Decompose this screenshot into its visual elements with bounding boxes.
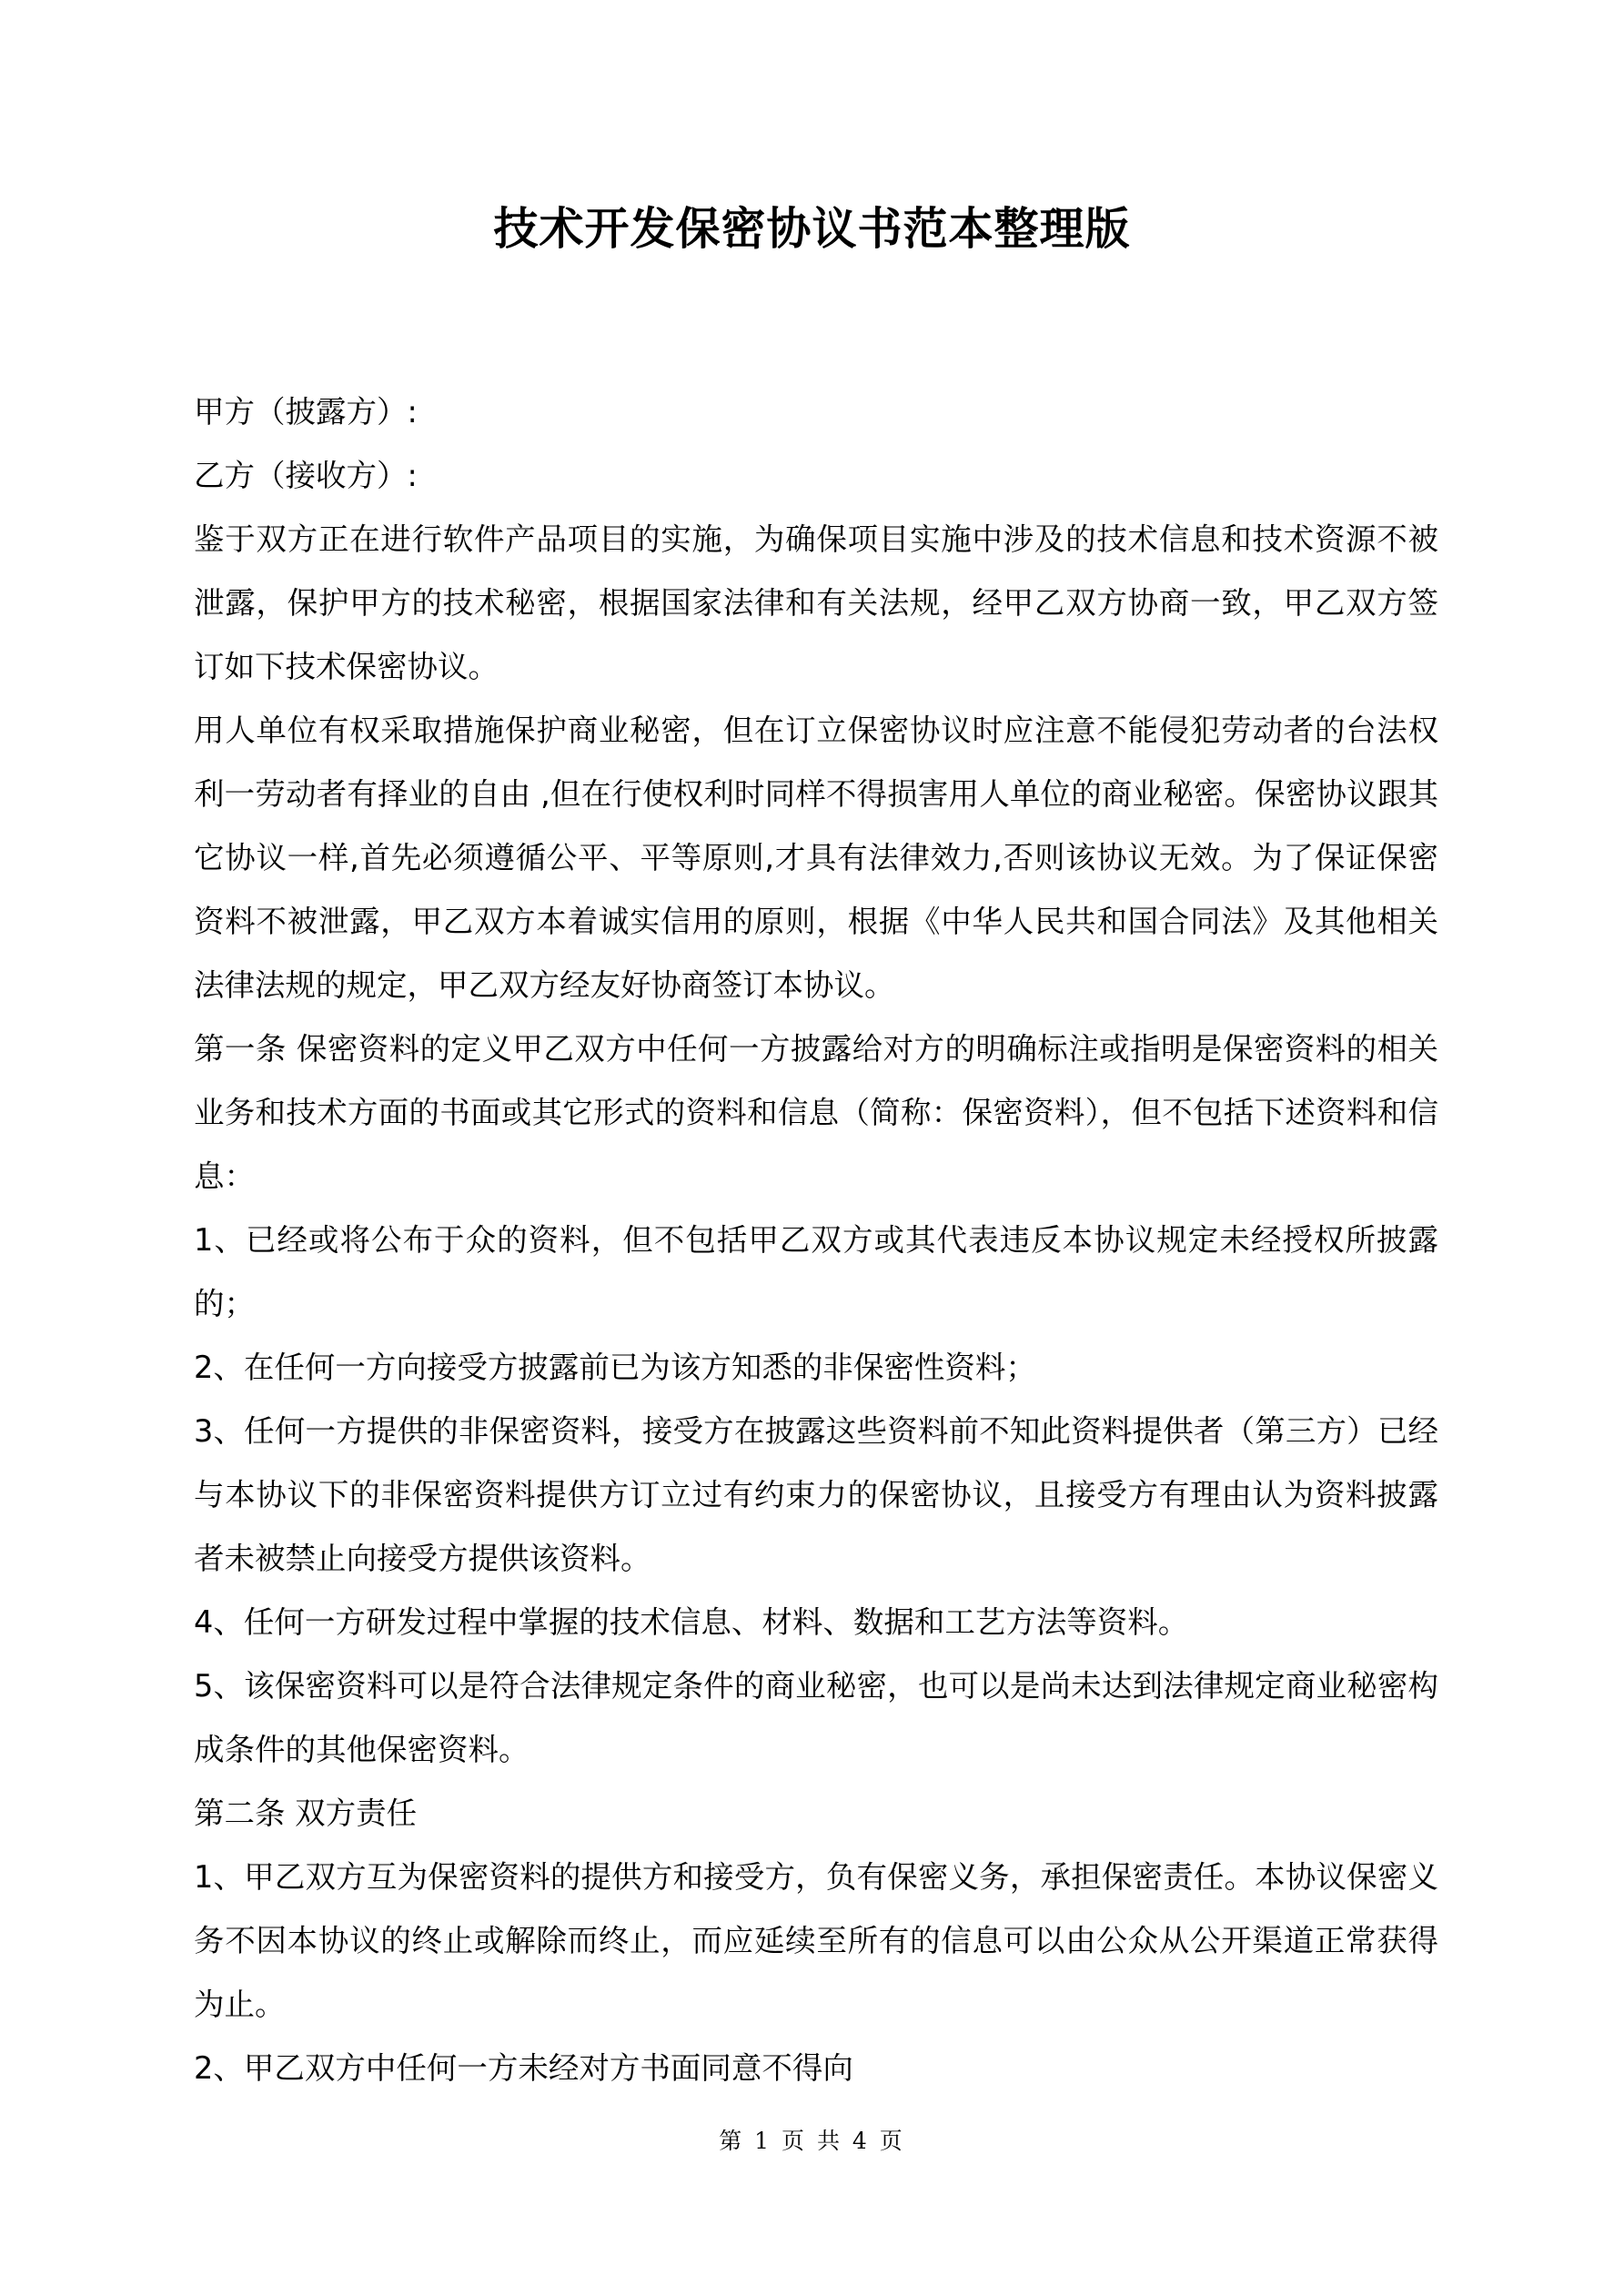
article-2-item-2: 2、甲乙双方中任何一方未经对方书面同意不得向: [194, 2037, 1438, 2100]
article-1-item-4: 4、任何一方研发过程中掌握的技术信息、材料、数据和工艺方法等资料。: [194, 1591, 1438, 1654]
page-number-footer: 第 1 页 共 4 页: [0, 2128, 1624, 2155]
party-b-line: 乙方（接收方）:: [194, 444, 1438, 508]
article-1-item-1: 1、已经或将公布于众的资料，但不包括甲乙双方或其代表违反本协议规定未经授权所披露…: [194, 1209, 1438, 1336]
article-1-heading-paragraph: 第一条 保密资料的定义甲乙双方中任何一方披露给对方的明确标注或指明是保密资料的相…: [194, 1017, 1438, 1209]
article-2-heading: 第二条 双方责任: [194, 1782, 1438, 1846]
document-body: 甲方（披露方）: 乙方（接收方）: 鉴于双方正在进行软件产品项目的实施，为确保项…: [194, 380, 1438, 2100]
article-1-item-2: 2、在任何一方向接受方披露前已为该方知悉的非保密性资料；: [194, 1336, 1438, 1400]
party-a-line: 甲方（披露方）:: [194, 380, 1438, 444]
article-1-item-5: 5、该保密资料可以是符合法律规定条件的商业秘密，也可以是尚未达到法律规定商业秘密…: [194, 1654, 1438, 1782]
background-paragraph: 用人单位有权采取措施保护商业秘密，但在订立保密协议时应注意不能侵犯劳动者的台法权…: [194, 699, 1438, 1017]
article-2-item-1: 1、甲乙双方互为保密资料的提供方和接受方，负有保密义务，承担保密责任。本协议保密…: [194, 1846, 1438, 2037]
document-page: 技术开发保密协议书范本整理版 甲方（披露方）: 乙方（接收方）: 鉴于双方正在进…: [0, 0, 1624, 2296]
article-1-item-3: 3、任何一方提供的非保密资料，接受方在披露这些资料前不知此资料提供者（第三方）已…: [194, 1400, 1438, 1591]
document-title: 技术开发保密协议书范本整理版: [0, 202, 1624, 257]
preamble-paragraph: 鉴于双方正在进行软件产品项目的实施，为确保项目实施中涉及的技术信息和技术资源不被…: [194, 508, 1438, 699]
